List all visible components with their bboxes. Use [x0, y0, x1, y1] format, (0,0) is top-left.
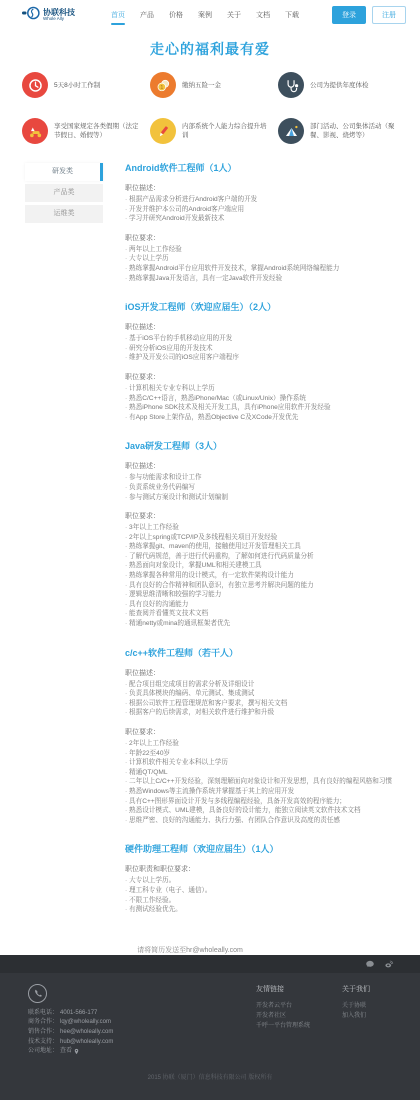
job-bullet-line: 具有C++图形界面设计开发与多线程编程经验，具备开发高效的程序能力；: [125, 797, 399, 807]
phone-icon: [28, 984, 47, 1003]
footer-main: 联系电话：4001-566-177商务合作：lqy@wholeally.com销…: [0, 973, 420, 1057]
job-bullet-line: 学习并研究Android开发最新技术: [125, 214, 399, 224]
job-section-heading: 职位描述：: [125, 461, 399, 471]
job-section-heading: 职位要求：: [125, 727, 399, 737]
job-bullet-line: 逻辑思维清晰和较强的学习能力: [125, 590, 399, 600]
footer-social-strip: [0, 955, 420, 973]
register-button[interactable]: 注册: [372, 6, 406, 24]
header: 协联科技 Whole Ally 首页产品价格案例关于文档下载 登录 注册: [0, 0, 420, 30]
job-bullet-line: 熟练掌握git、maven的使用，接触使用过开发管理相关工具: [125, 542, 399, 552]
job-bullet-line: 精通QT/QML: [125, 768, 399, 778]
job-section: Android软件工程师（1人）职位描述：根据产品需求分析进行Android客户…: [125, 161, 399, 283]
job-bullet-line: 计算机相关专业专科以上学历: [125, 384, 399, 394]
job-bullet-line: 年龄22至40岁: [125, 749, 399, 759]
job-section-heading: 职位描述：: [125, 183, 399, 193]
job-bullet-line: 有App Store上架作品，熟悉Objective C及XCode开发优先: [125, 413, 399, 423]
job-section-heading: 职位要求：: [125, 372, 399, 382]
benefit-text: 内部系统个人能力综合提升培训: [182, 122, 270, 140]
friend-links-heading: 友情链接: [256, 984, 342, 994]
job-bullet-line: 参与测试方案设计和测试计划编制: [125, 493, 399, 503]
contact-value[interactable]: 查看: [60, 1047, 72, 1057]
job-bullet-line: 精通netty或mina的通讯框架者优先: [125, 619, 399, 629]
nav-item-6[interactable]: 下载: [285, 6, 299, 25]
job-title: c/c++软件工程师（若干人）: [125, 646, 399, 659]
job-section: Java研发工程师（3人）职位描述：参与功能需求和设计工作负责系统业务代码编写参…: [125, 439, 399, 628]
job-listings: Android软件工程师（1人）职位描述：根据产品需求分析进行Android客户…: [125, 161, 399, 915]
contact-value: 4001-566-177: [60, 1009, 97, 1019]
job-bullet-line: 负责系统业务代码编写: [125, 483, 399, 493]
contact-label: 销售合作：: [28, 1028, 58, 1038]
wechat-icon[interactable]: [365, 959, 375, 969]
page: 协联科技 Whole Ally 首页产品价格案例关于文档下载 登录 注册 走心的…: [0, 0, 420, 955]
footer-contact: 联系电话：4001-566-177商务合作：lqy@wholeally.com销…: [28, 984, 256, 1057]
logo-icon: [22, 4, 40, 27]
benefit-text: 5天8小时工作制: [54, 81, 100, 90]
contact-value: hee@wholeally.com: [60, 1028, 113, 1038]
job-title: 硬件助理工程师（欢迎应届生）（1人）: [125, 842, 399, 855]
about-heading: 关于我们: [342, 984, 394, 994]
page-title: 走心的福利最有爱: [0, 39, 420, 59]
job-bullet-line: 开发并维护本公司的Android客户端应用: [125, 205, 399, 215]
coins-icon: 1: [150, 72, 176, 98]
job-bullet-line: 具有良好的沟通能力: [125, 600, 399, 610]
job-bullet-line: 有测试经验优先。: [125, 905, 399, 915]
job-bullet-line: 计算机软件相关专业本科以上学历: [125, 758, 399, 768]
job-section: 硬件助理工程师（欢迎应届生）（1人）职位职责和职位要求：大专以上学历。理工科专业…: [125, 842, 399, 914]
benefit-item: 5天8小时工作制: [18, 72, 146, 98]
benefit-text: 部门活动、公司集体活动（聚餐、影视、烧烤等）: [310, 122, 398, 140]
nav-item-5[interactable]: 文档: [256, 6, 270, 25]
friend-links-list: 开发者云平台开发者社区千呼一平台管理系统: [256, 1001, 342, 1031]
contact-label: 联系电话：: [28, 1009, 58, 1019]
job-section-heading: 职位职责和职位要求：: [125, 864, 399, 874]
job-title: Android软件工程师（1人）: [125, 161, 399, 174]
friend-link-1[interactable]: 开发者社区: [256, 1011, 342, 1021]
stethoscope-icon: [278, 72, 304, 98]
nav-item-3[interactable]: 案例: [198, 6, 212, 25]
apply-email-note: 请将简历发送至hr@wholeally.com: [0, 945, 380, 955]
job-section: c/c++软件工程师（若干人）职位描述：配合项目组完成项目的需求分析及详细设计负…: [125, 646, 399, 826]
footer-friend-links: 友情链接 开发者云平台开发者社区千呼一平台管理系统: [256, 984, 342, 1057]
clock-icon: [22, 72, 48, 98]
sidebar-item-1[interactable]: 产品类: [25, 184, 103, 202]
benefit-text: 缴纳五险一金: [182, 81, 221, 90]
contact-value: hub@wholeally.com: [60, 1038, 113, 1048]
job-section: iOS开发工程师（欢迎应届生）（2人）职位描述：基于iOS平台的手机移动应用的开…: [125, 300, 399, 422]
sidebar-item-2[interactable]: 运维类: [25, 205, 103, 223]
content-area: 研发类产品类运维类 Android软件工程师（1人）职位描述：根据产品需求分析进…: [0, 161, 420, 915]
company-logo[interactable]: 协联科技 Whole Ally: [22, 4, 75, 27]
job-bullet-line: 负责具体模块的编码、单元测试、集成测试: [125, 689, 399, 699]
job-bullet-line: 理工科专业（电子、通信）。: [125, 886, 399, 896]
about-link-0[interactable]: 关于协联: [342, 1001, 394, 1011]
category-sidebar: 研发类产品类运维类: [25, 163, 103, 226]
job-bullet-line: 根据客户的后续需求，对相关软件进行维护和升级: [125, 708, 399, 718]
job-bullet-line: 2年以上spring或TCP/IP及多线程相关项目开发经验: [125, 533, 399, 543]
job-bullet-line: 基于iOS平台的手机移动应用的开发: [125, 334, 399, 344]
benefit-item: 部门活动、公司集体活动（聚餐、影视、烧烤等）: [274, 118, 402, 144]
job-bullet-line: 熟悉Windows等主流操作系统并掌握基于其上的应用开发: [125, 787, 399, 797]
main-nav: 首页产品价格案例关于文档下载: [111, 6, 299, 25]
footer: 联系电话：4001-566-177商务合作：lqy@wholeally.com销…: [0, 955, 420, 1100]
job-bullet-line: 维护及开发公司的iOS应用客户端程序: [125, 353, 399, 363]
benefit-item: 公司为提供年度体检: [274, 72, 402, 98]
job-bullet-line: 熟练掌握Java开发语言，具有一定Java软件开发经验: [125, 274, 399, 284]
job-bullet-line: 2年以上工作经验: [125, 739, 399, 749]
weibo-icon[interactable]: [384, 959, 394, 969]
job-bullet-line: 熟练掌握Android平台应用软件开发技术，掌握Android系统网络编程能力: [125, 264, 399, 274]
pencil-icon: [150, 118, 176, 144]
job-bullet-line: 根据公司软件工程管理规范和客户要求，撰写相关文档: [125, 699, 399, 709]
job-title: iOS开发工程师（欢迎应届生）（2人）: [125, 300, 399, 313]
location-pin-icon: [74, 1048, 79, 1055]
tent-icon: [278, 118, 304, 144]
svg-text:1: 1: [160, 85, 163, 91]
benefit-text: 公司为提供年度体检: [310, 81, 369, 90]
job-bullet-line: 具有良好的合作精神和团队意识，有独立思考并解决问题的能力: [125, 581, 399, 591]
benefit-item: 享受国家规定各类假期（法定节假日、婚假等）: [18, 118, 146, 144]
sidebar-item-0[interactable]: 研发类: [25, 163, 103, 181]
login-button[interactable]: 登录: [332, 6, 366, 24]
job-bullet-line: 配合项目组完成项目的需求分析及详细设计: [125, 680, 399, 690]
job-section-heading: 职位描述：: [125, 668, 399, 678]
job-bullet-line: 熟悉面向对象设计，掌握UML和相关建模工具: [125, 561, 399, 571]
about-link-1[interactable]: 加入我们: [342, 1011, 394, 1021]
contact-line: 技术支持：hub@wholeally.com: [28, 1038, 256, 1048]
job-bullet-line: 熟练掌握各种常用的设计模式，有一定软件架构设计能力: [125, 571, 399, 581]
contact-line: 商务合作：lqy@wholeally.com: [28, 1018, 256, 1028]
job-bullet-line: 3年以上工作经验: [125, 523, 399, 533]
logo-text: 协联科技 Whole Ally: [43, 9, 75, 22]
nav-item-0[interactable]: 首页: [111, 6, 125, 25]
job-bullet-line: 了解代码规范，善于进行代码重构，了解如何进行代码质量分析: [125, 552, 399, 562]
contact-label: 商务合作：: [28, 1018, 58, 1028]
scooter-icon: [22, 118, 48, 144]
benefits-grid: 5天8小时工作制1缴纳五险一金公司为提供年度体检享受国家规定各类假期（法定节假日…: [18, 72, 402, 144]
friend-link-0[interactable]: 开发者云平台: [256, 1001, 342, 1011]
auth-buttons: 登录 注册: [332, 6, 406, 24]
nav-item-1[interactable]: 产品: [140, 6, 154, 25]
footer-about-links: 关于我们 关于协联加入我们: [342, 984, 394, 1057]
job-bullet-line: 大专以上学历。: [125, 876, 399, 886]
job-bullet-line: 大专以上学历: [125, 254, 399, 264]
job-bullet-line: 能查阅并看懂英文技术文档: [125, 609, 399, 619]
nav-item-4[interactable]: 关于: [227, 6, 241, 25]
job-section-heading: 职位描述：: [125, 322, 399, 332]
nav-item-2[interactable]: 价格: [169, 6, 183, 25]
job-bullet-line: 不限工作经验。: [125, 896, 399, 906]
friend-link-2[interactable]: 千呼一平台管理系统: [256, 1021, 342, 1031]
contact-line: 公司地址：查看: [28, 1047, 256, 1057]
contact-label: 技术支持：: [28, 1038, 58, 1048]
job-bullet-line: 研究分析iOS应用的开发技术: [125, 344, 399, 354]
job-bullet-line: 熟悉设计模式、UML建模，具备良好的设计能力，能独立阅读英文软件技术文档: [125, 806, 399, 816]
job-title: Java研发工程师（3人）: [125, 439, 399, 452]
job-bullet-line: 熟悉C/C++语言，熟悉iPhone/Mac（或Linux/Unix）操作系统: [125, 394, 399, 404]
job-bullet-line: 参与功能需求和设计工作: [125, 473, 399, 483]
contact-value: lqy@wholeally.com: [60, 1018, 111, 1028]
about-links-list: 关于协联加入我们: [342, 1001, 394, 1021]
contact-line: 联系电话：4001-566-177: [28, 1009, 256, 1019]
benefit-text: 享受国家规定各类假期（法定节假日、婚假等）: [54, 122, 142, 140]
contact-label: 公司地址：: [28, 1047, 58, 1057]
job-bullet-line: 二年以上C/C++开发经验，深刻理解面向对象设计和开发思想，具有良好的编程风格和…: [125, 777, 399, 787]
job-section-heading: 职位要求：: [125, 511, 399, 521]
job-bullet-line: 思维严密、良好的沟通能力、执行力强、有团队合作意识及高度的责任感: [125, 816, 399, 826]
copyright: 2015 协联（厦门）信息科技有限公司 版权所有: [0, 1057, 420, 1081]
job-bullet-line: 两年以上工作经验: [125, 245, 399, 255]
logo-company-subtitle: Whole Ally: [43, 17, 75, 22]
job-section-heading: 职位要求：: [125, 233, 399, 243]
job-bullet-line: 根据产品需求分析进行Android客户端的开发: [125, 195, 399, 205]
contact-line: 销售合作：hee@wholeally.com: [28, 1028, 256, 1038]
footer-contact-lines: 联系电话：4001-566-177商务合作：lqy@wholeally.com销…: [28, 1009, 256, 1057]
job-bullet-line: 熟悉iPhone SDK技术及相关开发工具，具有iPhone应用软件开发经验: [125, 403, 399, 413]
benefit-item: 内部系统个人能力综合提升培训: [146, 118, 274, 144]
benefit-item: 1缴纳五险一金: [146, 72, 274, 98]
